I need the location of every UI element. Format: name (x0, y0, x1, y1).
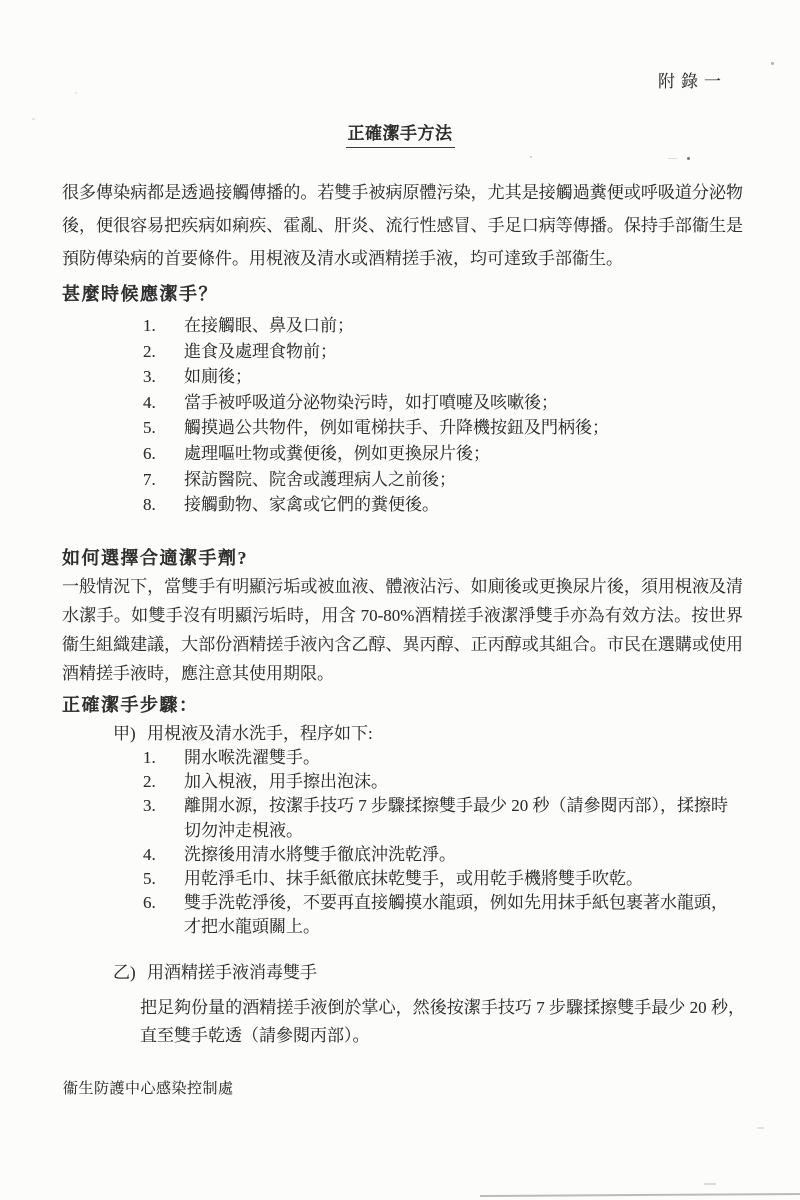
item-text: 在接觸眼、鼻及口前； (184, 313, 743, 339)
scan-speck (757, 1127, 764, 1129)
method-b-header: 乙) 用酒精搓手液消毒雙手 (113, 961, 317, 985)
item-text: 離開水源，按潔手技巧 7 步驟揉擦雙手最少 20 秒（請參閱丙部），揉擦時切勿沖… (184, 794, 737, 842)
list-item: 1. 在接觸眼、鼻及口前； (143, 313, 743, 339)
steps-heading: 正確潔手步驟： (62, 694, 199, 717)
item-number: 8. (143, 492, 184, 518)
method-b-title: 用酒精搓手液消毒雙手 (147, 961, 317, 985)
list-item: 2. 加入梘液，用手擦出泡沫。 (143, 770, 737, 794)
item-number: 4. (143, 390, 184, 416)
item-number: 5. (143, 415, 184, 441)
list-item: 6. 雙手洗乾淨後，不要再直接觸摸水龍頭，例如先用抹手紙包裹著水龍頭，才把水龍頭… (143, 891, 737, 939)
when-heading: 甚麼時候應潔手？ (62, 283, 218, 306)
method-a-title: 用梘液及清水洗手，程序如下: (147, 722, 373, 746)
item-number: 6. (143, 891, 184, 939)
appendix-label: 附錄一 (658, 72, 727, 92)
when-list: 1. 在接觸眼、鼻及口前； 2. 進食及處理食物前； 3. 如廁後； 4. 當手… (143, 313, 743, 518)
scan-speck (687, 157, 690, 160)
item-text: 觸摸過公共物件，例如電梯扶手、升降機按鈕及門柄後； (184, 415, 743, 441)
item-number: 1. (143, 313, 184, 339)
method-b-paragraph: 把足夠份量的酒精搓手液倒於掌心，然後按潔手技巧 7 步驟揉擦雙手最少 20 秒，… (140, 994, 745, 1050)
scan-speck (668, 158, 677, 159)
item-text: 雙手洗乾淨後，不要再直接觸摸水龍頭，例如先用抹手紙包裹著水龍頭，才把水龍頭關上。 (184, 891, 737, 939)
item-text: 開水喉洗濯雙手。 (184, 746, 737, 770)
scan-artifact-line (480, 1193, 800, 1197)
scan-speck (32, 118, 35, 120)
list-item: 5. 觸摸過公共物件，例如電梯扶手、升降機按鈕及門柄後； (143, 415, 743, 441)
page-title: 正確潔手方法 (346, 119, 455, 148)
list-item: 6. 處理嘔吐物或糞便後，例如更換尿片後； (143, 441, 743, 467)
item-text: 如廁後； (184, 364, 743, 390)
list-item: 1. 開水喉洗濯雙手。 (143, 746, 737, 770)
item-number: 3. (143, 794, 184, 842)
method-b-label: 乙) (113, 961, 147, 985)
item-number: 2. (143, 770, 184, 794)
method-a-header: 甲) 用梘液及清水洗手，程序如下: (113, 722, 373, 746)
item-number: 2. (143, 339, 184, 365)
list-item: 4. 洗擦後用清水將雙手徹底沖洗乾淨。 (143, 843, 737, 867)
list-item: 3. 如廁後； (143, 364, 743, 390)
title-row: 正確潔手方法 (0, 119, 800, 148)
scan-speck (530, 156, 532, 158)
scanned-document-page: 附錄一 正確潔手方法 很多傳染病都是透過接觸傳播的。若雙手被病原體污染，尤其是接… (0, 0, 800, 1200)
item-text: 洗擦後用清水將雙手徹底沖洗乾淨。 (184, 843, 737, 867)
list-item: 3. 離開水源，按潔手技巧 7 步驟揉擦雙手最少 20 秒（請參閱丙部），揉擦時… (143, 794, 737, 842)
scan-speck (75, 92, 77, 94)
item-text: 用乾淨毛巾、抹手紙徹底抹乾雙手，或用乾手機將雙手吹乾。 (184, 867, 737, 891)
item-text: 加入梘液，用手擦出泡沫。 (184, 770, 737, 794)
footer-department: 衞生防護中心感染控制處 (63, 1080, 234, 1099)
list-item: 8. 接觸動物、家禽或它們的糞便後。 (143, 492, 743, 518)
list-item: 5. 用乾淨毛巾、抹手紙徹底抹乾雙手，或用乾手機將雙手吹乾。 (143, 867, 737, 891)
scan-speck (704, 1183, 716, 1185)
item-text: 處理嘔吐物或糞便後，例如更換尿片後； (184, 441, 743, 467)
item-number: 3. (143, 364, 184, 390)
item-text: 接觸動物、家禽或它們的糞便後。 (184, 492, 743, 518)
list-item: 7. 探訪醫院、院舍或護理病人之前後； (143, 467, 743, 493)
method-a-list: 1. 開水喉洗濯雙手。 2. 加入梘液，用手擦出泡沫。 3. 離開水源，按潔手技… (143, 746, 737, 940)
item-text: 探訪醫院、院舍或護理病人之前後； (184, 467, 743, 493)
scan-speck (771, 62, 774, 65)
item-number: 7. (143, 467, 184, 493)
list-item: 4. 當手被呼吸道分泌物染污時，如打噴嚏及咳嗽後； (143, 390, 743, 416)
cleanser-heading: 如何選擇合適潔手劑? (62, 547, 248, 570)
list-item: 2. 進食及處理食物前； (143, 339, 743, 365)
method-a-label: 甲) (113, 722, 147, 746)
intro-paragraph: 很多傳染病都是透過接觸傳播的。若雙手被病原體污染，尤其是接觸過糞便或呼吸道分泌物… (62, 176, 743, 275)
cleanser-paragraph: 一般情況下，當雙手有明顯污垢或被血液、體液沾污、如廁後或更換尿片後，須用梘液及清… (62, 572, 743, 688)
item-text: 當手被呼吸道分泌物染污時，如打噴嚏及咳嗽後； (184, 390, 743, 416)
item-number: 6. (143, 441, 184, 467)
item-number: 4. (143, 843, 184, 867)
item-number: 1. (143, 746, 184, 770)
item-text: 進食及處理食物前； (184, 339, 743, 365)
item-number: 5. (143, 867, 184, 891)
